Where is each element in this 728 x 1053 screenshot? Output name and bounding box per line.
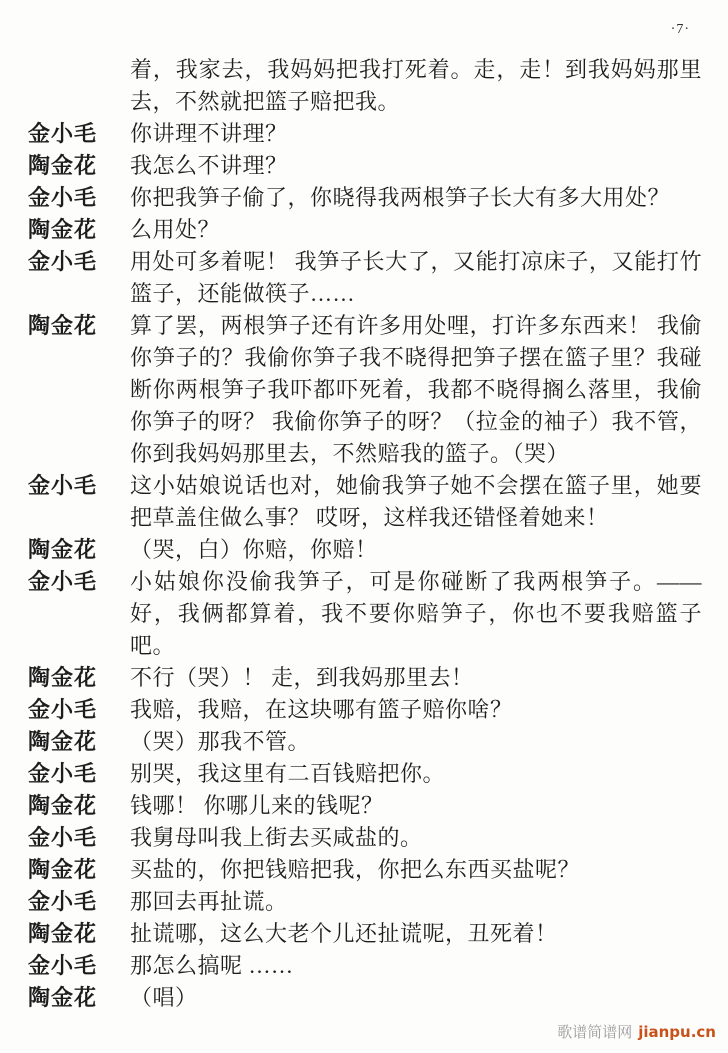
dialogue-turn: 陶金花 扯谎哪，这么大老个儿还扯谎呢，丑死着！ — [28, 918, 704, 950]
watermark-site-url: jianpu.cn — [638, 1023, 716, 1041]
dialogue-text: 这小姑娘说话也对，她偷我笋子她不会摆在篮子里，她要把草盖住做么事？ 哎呀，这样我… — [130, 470, 702, 534]
dialogue-turn: 陶金花 么用处？ — [28, 214, 704, 246]
dialogue-turn: 金小毛 那回去再扯谎。 — [28, 886, 704, 918]
watermark: 歌谱简谱网jianpu.cn — [557, 1021, 716, 1042]
dialogue-text: 你讲理不讲理？ — [130, 118, 702, 150]
speaker-name: 金小毛 — [28, 950, 130, 982]
dialogue-turn: 金小毛 我赔，我赔，在这块哪有篮子赔你啥？ — [28, 694, 704, 726]
dialogue-turn: 陶金花 买盐的，你把钱赔把我，你把么东西买盐呢？ — [28, 854, 704, 886]
dialogue-text: 着，我家去，我妈妈把我打死着。走，走！到我妈妈那里去，不然就把篮子赔把我。 — [130, 54, 702, 118]
dialogue-turn: 陶金花 （哭）那我不管。 — [28, 726, 704, 758]
dialogue-turn: 陶金花 钱哪！ 你哪儿来的钱呢？ — [28, 790, 704, 822]
dialogue-turn: 金小毛 这小姑娘说话也对，她偷我笋子她不会摆在篮子里，她要把草盖住做么事？ 哎呀… — [28, 470, 704, 534]
dialogue-text: 那回去再扯谎。 — [130, 886, 702, 918]
dialogue-text: 那怎么搞呢 …… — [130, 950, 702, 982]
dialogue-text: 小姑娘你没偷我笋子，可是你碰断了我两根笋子。——好，我俩都算着，我不要你赔笋子，… — [130, 566, 702, 662]
speaker-name: 金小毛 — [28, 118, 130, 150]
dialogue-text: 我赔，我赔，在这块哪有篮子赔你啥？ — [130, 694, 702, 726]
dialogue-text: 不行（哭）！ 走，到我妈那里去！ — [130, 662, 702, 694]
speaker-name: 金小毛 — [28, 246, 130, 278]
dialogue-turn: 陶金花 （哭，白）你赔，你赔！ — [28, 534, 704, 566]
dialogue-text: 算了罢，两根笋子还有许多用处哩，打许多东西来！ 我偷你笋子的？我偷你笋子我不晓得… — [130, 310, 702, 470]
dialogue-turn: 金小毛 小姑娘你没偷我笋子，可是你碰断了我两根笋子。——好，我俩都算着，我不要你… — [28, 566, 704, 662]
dialogue-text: （唱） — [130, 982, 702, 1014]
dialogue-text: 钱哪！ 你哪儿来的钱呢？ — [130, 790, 702, 822]
speaker-name: 陶金花 — [28, 662, 130, 694]
dialogue-text: 你把我笋子偷了，你晓得我两根笋子长大有多大用处？ — [130, 182, 702, 214]
speaker-name: 陶金花 — [28, 534, 130, 566]
dialogue-text: 买盐的，你把钱赔把我，你把么东西买盐呢？ — [130, 854, 702, 886]
dialogue-turn: 金小毛 我舅母叫我上街去买咸盐的。 — [28, 822, 704, 854]
dialogue-text: 我舅母叫我上街去买咸盐的。 — [130, 822, 702, 854]
speaker-name: 陶金花 — [28, 214, 130, 246]
watermark-site-name: 歌谱简谱网 — [557, 1025, 632, 1041]
speaker-name: 金小毛 — [28, 470, 130, 502]
dialogue-text: （哭）那我不管。 — [130, 726, 702, 758]
dialogue-turn: 陶金花 算了罢，两根笋子还有许多用处哩，打许多东西来！ 我偷你笋子的？我偷你笋子… — [28, 310, 704, 470]
speaker-name: 金小毛 — [28, 694, 130, 726]
speaker-name: 陶金花 — [28, 854, 130, 886]
dialogue-text: 我怎么不讲理？ — [130, 150, 702, 182]
speaker-name: 金小毛 — [28, 182, 130, 214]
dialogue-text: 别哭，我这里有二百钱赔把你。 — [130, 758, 702, 790]
dialogue-turn: 陶金花 （唱） — [28, 982, 704, 1014]
speaker-name: 陶金花 — [28, 790, 130, 822]
dialogue-turn: 金小毛 用处可多着呢！ 我笋子长大了，又能打凉床子，又能打竹篮子，还能做筷子…… — [28, 246, 704, 310]
speaker-name: 陶金花 — [28, 726, 130, 758]
dialogue-text: 用处可多着呢！ 我笋子长大了，又能打凉床子，又能打竹篮子，还能做筷子…… — [130, 246, 702, 310]
speaker-name: 金小毛 — [28, 566, 130, 598]
script-page: ·7· 着，我家去，我妈妈把我打死着。走，走！到我妈妈那里去，不然就把篮子赔把我… — [0, 0, 728, 1053]
speaker-name: 金小毛 — [28, 758, 130, 790]
dialogue-text: 扯谎哪，这么大老个儿还扯谎呢，丑死着！ — [130, 918, 702, 950]
page-number: ·7· — [671, 22, 690, 38]
dialogue-turn: 金小毛 别哭，我这里有二百钱赔把你。 — [28, 758, 704, 790]
speaker-name: 陶金花 — [28, 918, 130, 950]
dialogue-list: 着，我家去，我妈妈把我打死着。走，走！到我妈妈那里去，不然就把篮子赔把我。 金小… — [28, 54, 704, 1014]
speaker-name: 金小毛 — [28, 886, 130, 918]
speaker-name: 金小毛 — [28, 822, 130, 854]
dialogue-turn: 陶金花 不行（哭）！ 走，到我妈那里去！ — [28, 662, 704, 694]
speaker-name: 陶金花 — [28, 982, 130, 1014]
dialogue-turn: 金小毛 那怎么搞呢 …… — [28, 950, 704, 982]
dialogue-turn: 着，我家去，我妈妈把我打死着。走，走！到我妈妈那里去，不然就把篮子赔把我。 — [28, 54, 704, 118]
dialogue-text: 么用处？ — [130, 214, 702, 246]
speaker-name: 陶金花 — [28, 150, 130, 182]
dialogue-text: （哭，白）你赔，你赔！ — [130, 534, 702, 566]
dialogue-turn: 金小毛 你把我笋子偷了，你晓得我两根笋子长大有多大用处？ — [28, 182, 704, 214]
speaker-name: 陶金花 — [28, 310, 130, 342]
dialogue-turn: 金小毛 你讲理不讲理？ — [28, 118, 704, 150]
dialogue-turn: 陶金花 我怎么不讲理？ — [28, 150, 704, 182]
